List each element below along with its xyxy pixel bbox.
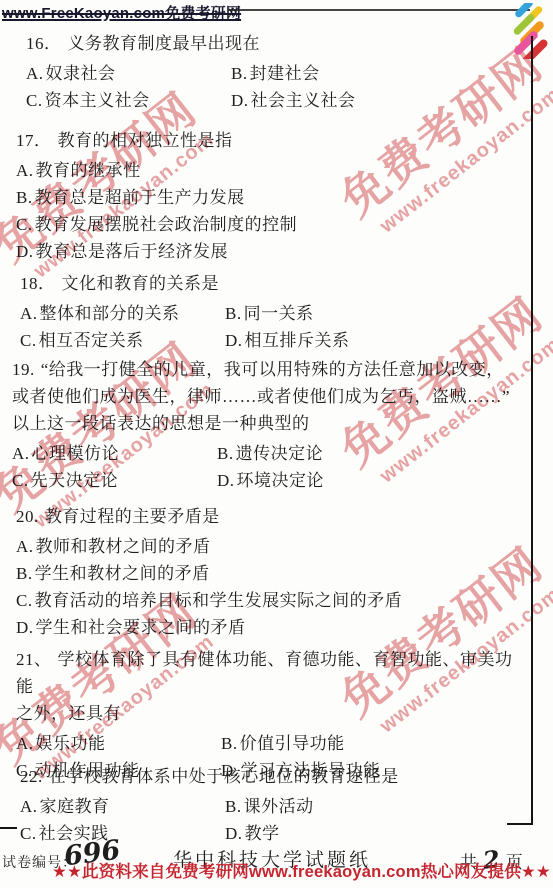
option-text: 课外活动 [244,797,314,816]
option-text: 教育活动的培养目标和学生发展实际之间的矛盾 [35,591,403,610]
option-c: C.先天决定论 [12,467,217,494]
option-label: B. [225,304,242,323]
options-group: A.教师和教材之间的矛盾B.学生和教材之间的矛盾C.教育活动的培养目标和学生发展… [16,533,516,641]
option-label: B. [16,564,33,583]
question-block: 17．教育的相对独立性是指A.教育的继承性B.教育总是超前于生产力发展C.教育发… [16,127,516,265]
option-d: D.相互排斥关系 [225,327,520,354]
option-d: D.教学 [225,820,520,847]
question-number: 16． [26,34,62,53]
question-block: 18．文化和教育的关系是A.整体和部分的关系B.同一关系C.相互否定关系D.相互… [20,270,520,354]
question-stem-text: 在学校教育体系中处于核心地位的教育途径是 [49,767,399,786]
option-label: D. [225,824,243,843]
option-label: A. [12,444,30,463]
option-c: C.资本主义社会 [26,87,231,114]
option-text: 家庭教育 [40,797,110,816]
question-number: 18． [20,274,56,293]
question-stem-line: 之外，还具有 [16,700,516,727]
questions: 16．义务教育制度最早出现在A.奴隶社会B.封建社会C.资本主义社会D.社会主义… [0,0,553,888]
option-text: 先天决定论 [31,471,119,490]
option-b: B.价值引导功能 [221,730,516,757]
option-a: A.娱乐功能 [16,730,221,757]
question-stem-text: 教育过程的主要矛盾是 [45,507,220,526]
question-number: 17． [16,131,52,150]
option-label: A. [26,64,44,83]
question-block: 16．义务教育制度最早出现在A.奴隶社会B.封建社会C.资本主义社会D.社会主义… [26,30,526,114]
option-text: 整体和部分的关系 [40,304,180,323]
option-text: 相互否定关系 [39,331,144,350]
option-d: D.教育总是落后于经济发展 [16,238,516,265]
option-label: B. [231,64,248,83]
option-text: 学生和社会要求之间的矛盾 [36,618,246,637]
question-stem-text: 或者使他们成为医生，律师……或者使他们成为乞丐，盗贼……” [12,387,510,406]
option-label: C. [20,824,37,843]
option-label: C. [16,215,33,234]
bottom-banner: ★★此资料来自免费考研网www.freekaoyan.com热心网友提供★★ [52,858,553,882]
question-stem-text: “给我一打健全的儿童，我可以用特殊的方法任意加以改变， [41,360,504,379]
option-text: 遗传决定论 [236,444,324,463]
option-a: A.家庭教育 [20,793,225,820]
question-stem-line: 22.在学校教育体系中处于核心地位的教育途径是 [20,763,520,790]
option-label: B. [217,444,234,463]
question-stem-line: 或者使他们成为医生，律师……或者使他们成为乞丐，盗贼……” [12,383,512,410]
option-text: 教育总是落后于经济发展 [36,242,229,261]
options-group: A.奴隶社会B.封建社会C.资本主义社会D.社会主义社会 [26,60,526,114]
options-group: A.整体和部分的关系B.同一关系C.相互否定关系D.相互排斥关系 [20,300,520,354]
option-label: B. [225,797,242,816]
option-text: 相互排斥关系 [245,331,350,350]
option-b: B.教育总是超前于生产力发展 [16,184,516,211]
option-text: 奴隶社会 [46,64,116,83]
option-text: 娱乐功能 [36,734,106,753]
option-text: 环境决定论 [237,471,325,490]
question-number: 21、 [16,650,52,669]
option-d: D.学生和社会要求之间的矛盾 [16,614,516,641]
question-stem-line: 以上这一段话表达的思想是一种典型的 [12,410,512,437]
option-text: 教育总是超前于生产力发展 [35,188,245,207]
options-group: A.心理模仿论B.遗传决定论C.先天决定论D.环境决定论 [12,440,512,494]
question-block: 19.“给我一打健全的儿童，我可以用特殊的方法任意加以改变，或者使他们成为医生，… [12,356,512,494]
option-c: C.相互否定关系 [20,327,225,354]
option-text: 教学 [245,824,280,843]
option-d: D.环境决定论 [217,467,512,494]
option-text: 资本主义社会 [45,91,150,110]
question-block: 22.在学校教育体系中处于核心地位的教育途径是A.家庭教育B.课外活动C.社会实… [20,763,520,847]
option-text: 教育发展摆脱社会政治制度的控制 [35,215,298,234]
option-label: A. [16,161,34,180]
option-text: 教育的继承性 [36,161,141,180]
option-b: B.学生和教材之间的矛盾 [16,560,516,587]
option-a: A.心理模仿论 [12,440,217,467]
question-stem-line: 16．义务教育制度最早出现在 [26,30,526,57]
option-d: D.社会主义社会 [231,87,526,114]
option-label: D. [225,331,243,350]
option-label: D. [217,471,235,490]
option-text: 学生和教材之间的矛盾 [35,564,210,583]
option-c: C.教育发展摆脱社会政治制度的控制 [16,211,516,238]
question-stem-line: 21、学校体育除了具有健体功能、育德功能、育智功能、审美功能 [16,646,516,700]
question-stem-line: 20.教育过程的主要矛盾是 [16,503,516,530]
option-a: A.教育的继承性 [16,157,516,184]
option-label: A. [20,304,38,323]
option-label: C. [12,471,29,490]
question-block: 20.教育过程的主要矛盾是A.教师和教材之间的矛盾B.学生和教材之间的矛盾C.教… [16,503,516,641]
option-b: B.封建社会 [231,60,526,87]
question-number: 22. [20,767,43,786]
option-label: D. [231,91,249,110]
option-b: B.遗传决定论 [217,440,512,467]
option-b: B.课外活动 [225,793,520,820]
question-stem-text: 之外，还具有 [16,704,121,723]
option-label: D. [16,242,34,261]
question-stem-line: 18．文化和教育的关系是 [20,270,520,297]
question-stem-text: 教育的相对独立性是指 [58,131,233,150]
option-label: C. [16,591,33,610]
option-label: B. [16,188,33,207]
question-stem-text: 文化和教育的关系是 [62,274,220,293]
question-stem-text: 义务教育制度最早出现在 [68,34,261,53]
question-stem-text: 以上这一段话表达的思想是一种典型的 [12,414,310,433]
option-a: A.教师和教材之间的矛盾 [16,533,516,560]
option-label: C. [26,91,43,110]
option-a: A.奴隶社会 [26,60,231,87]
option-a: A.整体和部分的关系 [20,300,225,327]
option-label: A. [16,734,34,753]
option-text: 同一关系 [244,304,314,323]
option-label: A. [20,797,38,816]
option-b: B.同一关系 [225,300,520,327]
option-text: 心理模仿论 [32,444,120,463]
option-text: 教师和教材之间的矛盾 [36,537,211,556]
question-stem-line: 19.“给我一打健全的儿童，我可以用特殊的方法任意加以改变， [12,356,512,383]
options-group: A.教育的继承性B.教育总是超前于生产力发展C.教育发展摆脱社会政治制度的控制D… [16,157,516,265]
question-stem-text: 学校体育除了具有健体功能、育德功能、育智功能、审美功能 [16,650,513,696]
option-text: 价值引导功能 [240,734,345,753]
option-c: C.社会实践 [20,820,225,847]
option-c: C.教育活动的培养目标和学生发展实际之间的矛盾 [16,587,516,614]
option-label: C. [20,331,37,350]
scanned-exam-page: www.FreeKaoyan.com免费考研网 16．义务教育制度最早出现在A.… [0,0,553,888]
option-text: 封建社会 [250,64,320,83]
question-number: 20. [16,507,39,526]
option-label: A. [16,537,34,556]
option-label: B. [221,734,238,753]
question-number: 19. [12,360,35,379]
question-stem-line: 17．教育的相对独立性是指 [16,127,516,154]
option-label: D. [16,618,34,637]
option-text: 社会主义社会 [251,91,356,110]
